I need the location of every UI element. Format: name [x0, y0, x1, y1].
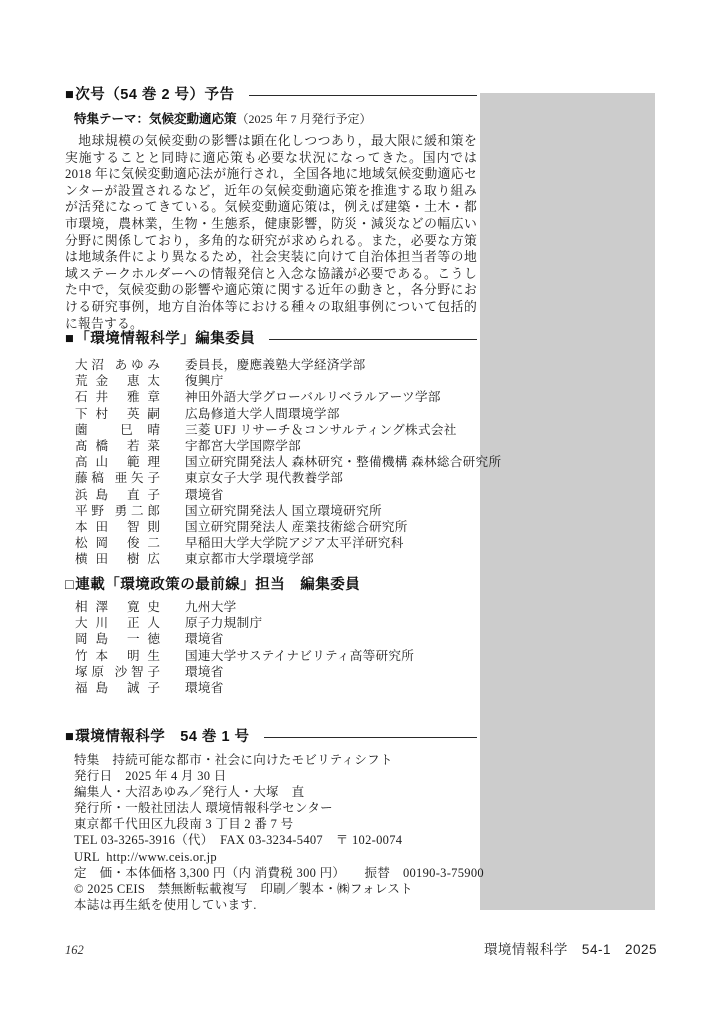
- imprint-line: 発行所・一般社団法人 環境情報科学センター: [74, 800, 486, 816]
- open-square-marker-icon: □: [65, 576, 74, 594]
- current-issue-title: 環境情報科学 54 巻 1 号: [75, 728, 249, 746]
- next-issue-title: 次号（54 巻 2 号）予告: [75, 86, 234, 104]
- imprint-line: 本誌は再生紙を使用しています.: [74, 897, 486, 913]
- theme-line: 特集テーマ：気候変動適応策（2025 年 7 月発行予定）: [65, 111, 486, 128]
- next-issue-header: ■ 次号（54 巻 2 号）予告: [65, 86, 477, 104]
- journal-volume-id: 環境情報科学 54-1 2025: [484, 938, 657, 958]
- committee-member-list: 大沼 あゆみ 委員長，慶應義塾大学経済学部 荒金 恵太 復興庁 石井 雅章 神田…: [65, 357, 487, 567]
- serial-title: 連載「環境政策の最前線」担当 編集委員: [75, 576, 360, 594]
- member-name: 横田 樹広: [75, 551, 161, 567]
- imprint-line: 定 価・本体価格 3,300 円（内 消費税 300 円） 振替 00190-3…: [74, 865, 486, 881]
- header-rule: [249, 95, 477, 96]
- member-affiliation: 九州大学: [185, 599, 237, 615]
- current-issue-header: ■ 環境情報科学 54 巻 1 号: [65, 728, 477, 746]
- committee-member-row: 薗 巳晴 三菱 UFJ リサーチ＆コンサルティング株式会社: [75, 422, 487, 438]
- imprint-block: 特集 持続可能な都市・社会に向けたモビリティシフト 発行日 2025 年 4 月…: [65, 752, 486, 913]
- header-rule: [269, 339, 477, 340]
- member-affiliation: 原子力規制庁: [185, 615, 262, 631]
- member-affiliation: 宇都宮大学国際学部: [185, 438, 301, 454]
- member-name: 高山 範理: [75, 454, 161, 470]
- member-name: 岡島 一徳: [75, 631, 161, 647]
- filled-square-marker-icon: ■: [65, 728, 74, 746]
- committee-member-row: 荒金 恵太 復興庁: [75, 373, 487, 389]
- committee-member-row: 松岡 俊二 早稲田大学大学院アジア太平洋研究科: [75, 535, 487, 551]
- member-affiliation: 早稲田大学大学院アジア太平洋研究科: [185, 535, 404, 551]
- imprint-line: TEL 03-3265-3916（代） FAX 03-3234-5407 〒 1…: [74, 832, 486, 848]
- member-affiliation: 国立研究開発法人 産業技術総合研究所: [185, 519, 408, 535]
- member-name: 薗 巳晴: [75, 422, 161, 438]
- member-name: 大川 正人: [75, 615, 161, 631]
- filled-square-marker-icon: ■: [65, 330, 74, 348]
- member-affiliation: 東京女子大学 現代教養学部: [185, 470, 343, 486]
- committee-member-row: 平野 勇二郎 国立研究開発法人 国立環境研究所: [75, 503, 487, 519]
- serial-header: □ 連載「環境政策の最前線」担当 編集委員: [65, 576, 477, 594]
- imprint-line: © 2025 CEIS 禁無断転載複写 印刷／製本・㈱フォレスト: [74, 881, 486, 897]
- member-affiliation: 三菱 UFJ リサーチ＆コンサルティング株式会社: [185, 422, 457, 438]
- committee-member-row: 石井 雅章 神田外語大学グローバルリベラルアーツ学部: [75, 389, 487, 405]
- serial-member-row: 塚原 沙智子 環境省: [75, 664, 487, 680]
- page-footer: 162 環境情報科学 54-1 2025: [65, 938, 657, 958]
- serial-member-row: 福島 誠子 環境省: [75, 680, 487, 696]
- member-name: 相澤 寛史: [75, 599, 161, 615]
- member-name: 福島 誠子: [75, 680, 161, 696]
- serial-member-list: 相澤 寛史 九州大学 大川 正人 原子力規制庁 岡島 一徳 環境省 竹本 明生 …: [65, 599, 487, 696]
- serial-member-row: 竹本 明生 国連大学サステイナビリティ高等研究所: [75, 648, 487, 664]
- committee-member-row: 下村 英嗣 広島修道大学人間環境学部: [75, 406, 487, 422]
- member-affiliation: 環境省: [185, 631, 224, 647]
- serial-member-row: 相澤 寛史 九州大学: [75, 599, 487, 615]
- member-affiliation: 国連大学サステイナビリティ高等研究所: [185, 648, 414, 664]
- serial-member-row: 岡島 一徳 環境省: [75, 631, 487, 647]
- theme-note: （2025 年 7 月発行予定）: [237, 112, 372, 126]
- member-name: 石井 雅章: [75, 389, 161, 405]
- journal-colophon-page: { "next_issue": { "marker": "■", "title"…: [0, 0, 717, 1012]
- member-name: 大沼 あゆみ: [75, 357, 161, 373]
- committee-member-row: 高山 範理 国立研究開発法人 森林研究・整備機構 森林総合研究所: [75, 454, 487, 470]
- committee-member-row: 本田 智則 国立研究開発法人 産業技術総合研究所: [75, 519, 487, 535]
- member-name: 本田 智則: [75, 519, 161, 535]
- committee-member-row: 藤稿 亜矢子 東京女子大学 現代教養学部: [75, 470, 487, 486]
- member-affiliation: 広島修道大学人間環境学部: [185, 406, 340, 422]
- imprint-line: 特集 持続可能な都市・社会に向けたモビリティシフト: [74, 752, 486, 768]
- member-affiliation: 環境省: [185, 487, 224, 503]
- member-affiliation: 復興庁: [185, 373, 224, 389]
- committee-member-row: 横田 樹広 東京都市大学環境学部: [75, 551, 487, 567]
- committee-member-row: 髙橋 若菜 宇都宮大学国際学部: [75, 438, 487, 454]
- member-affiliation: 国立研究開発法人 森林研究・整備機構 森林総合研究所: [185, 454, 501, 470]
- filled-square-marker-icon: ■: [65, 86, 74, 104]
- gray-placeholder-block: [480, 93, 655, 910]
- imprint-line: 東京都千代田区九段南 3 丁目 2 番 7 号: [74, 816, 486, 832]
- committee-title: 「環境情報科学」編集委員: [75, 330, 255, 348]
- member-affiliation: 委員長，慶應義塾大学経済学部: [185, 357, 366, 373]
- imprint-line: 編集人・大沼あゆみ／発行人・大塚 直: [74, 784, 486, 800]
- member-affiliation: 神田外語大学グローバルリベラルアーツ学部: [185, 389, 441, 405]
- serial-member-row: 大川 正人 原子力規制庁: [75, 615, 487, 631]
- committee-header: ■ 「環境情報科学」編集委員: [65, 330, 477, 348]
- member-name: 荒金 恵太: [75, 373, 161, 389]
- member-name: 平野 勇二郎: [75, 503, 161, 519]
- member-affiliation: 国立研究開発法人 国立環境研究所: [185, 503, 382, 519]
- theme-label: 特集テーマ：気候変動適応策: [74, 112, 237, 126]
- member-affiliation: 環境省: [185, 664, 224, 680]
- member-name: 髙橋 若菜: [75, 438, 161, 454]
- member-name: 下村 英嗣: [75, 406, 161, 422]
- member-affiliation: 東京都市大学環境学部: [185, 551, 314, 567]
- page-number: 162: [65, 943, 84, 958]
- member-name: 松岡 俊二: [75, 535, 161, 551]
- committee-member-row: 大沼 あゆみ 委員長，慶應義塾大学経済学部: [75, 357, 487, 373]
- header-rule: [264, 737, 477, 738]
- member-name: 竹本 明生: [75, 648, 161, 664]
- imprint-line: URL http://www.ceis.or.jp: [74, 849, 486, 865]
- member-name: 浜島 直子: [75, 487, 161, 503]
- next-issue-abstract: 地球規模の気候変動の影響は顕在化しつつあり，最大限に緩和策を実施することと同時に…: [65, 133, 477, 332]
- member-name: 塚原 沙智子: [75, 664, 161, 680]
- imprint-line: 発行日 2025 年 4 月 30 日: [74, 768, 486, 784]
- member-name: 藤稿 亜矢子: [75, 470, 161, 486]
- committee-member-row: 浜島 直子 環境省: [75, 487, 487, 503]
- member-affiliation: 環境省: [185, 680, 224, 696]
